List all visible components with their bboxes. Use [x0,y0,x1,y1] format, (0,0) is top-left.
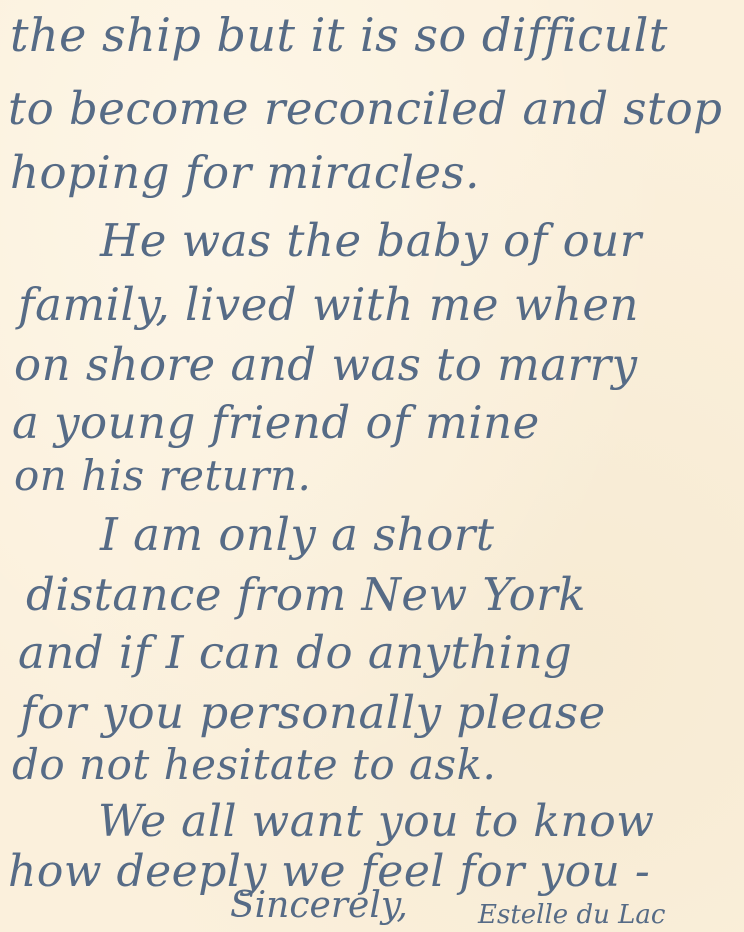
letter-signature: Estelle du Lac [478,902,665,928]
letter-line: do not hesitate to ask. [12,744,496,786]
letter-line: a young friend of mine [12,400,540,445]
letter-line: He was the baby of our [100,218,642,263]
letter-line: to become reconciled and stop [8,86,722,131]
letter-line: on his return. [14,455,311,497]
letter-page: the ship but it is so difficult to becom… [0,0,744,932]
letter-line: We all want you to know [98,800,654,844]
letter-line: family, lived with me when [18,282,639,327]
letter-line: and if I can do anything [18,630,572,675]
letter-line: on shore and was to marry [14,342,638,387]
letter-closing: Sincerely, [230,888,408,924]
letter-line: distance from New York [26,572,586,617]
letter-line: for you personally please [20,690,606,735]
letter-line: the ship but it is so difficult [10,12,668,58]
letter-line: hoping for miracles. [10,150,480,195]
letter-line: I am only a short [100,512,494,557]
